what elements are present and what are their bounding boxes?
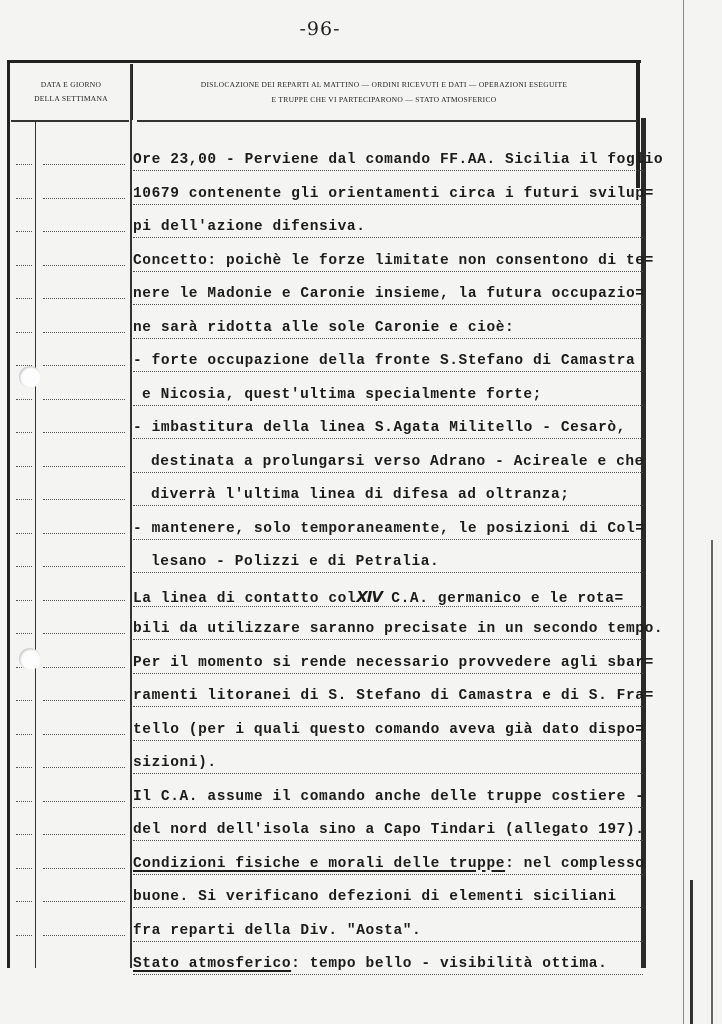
text-segment: Il C.A. assume il comando anche delle tr… xyxy=(133,789,645,805)
text-line: Stato atmosferico: tempo bello - visibil… xyxy=(133,950,673,984)
text-segment: diverrà l'ultima linea di difesa ad oltr… xyxy=(151,487,570,503)
dotted-rule xyxy=(133,539,643,540)
text-segment: pi dell'azione difensiva. xyxy=(133,219,366,235)
date-rule xyxy=(43,466,125,467)
date-rule xyxy=(43,700,125,701)
text-line: Condizioni fisiche e morali delle truppe… xyxy=(133,850,673,884)
dotted-rule xyxy=(133,505,643,506)
dotted-rule xyxy=(133,974,643,975)
date-rule xyxy=(16,767,32,768)
text-line: 10679 contenente gli orientamenti circa … xyxy=(133,180,673,214)
date-rule xyxy=(43,332,125,333)
text-line: diverrà l'ultima linea di difesa ad oltr… xyxy=(133,481,673,515)
text-line-content: nere le Madonie e Caronie insieme, la fu… xyxy=(133,286,645,302)
text-line: lesano - Polizzi e di Petralia. xyxy=(133,548,673,582)
date-rule xyxy=(43,265,125,266)
date-rule xyxy=(16,332,32,333)
date-rule xyxy=(16,298,32,299)
text-segment: tello (per i quali questo comando aveva … xyxy=(133,722,645,738)
dotted-rule xyxy=(133,941,643,942)
text-line-content: Condizioni fisiche e morali delle truppe… xyxy=(133,856,645,872)
dotted-rule xyxy=(133,271,643,272)
date-rule xyxy=(16,164,32,165)
date-subcolumn-divider xyxy=(35,122,36,968)
dotted-rule xyxy=(133,170,643,171)
text-line-content: fra reparti della Div. "Aosta". xyxy=(133,923,421,939)
text-segment: lesano - Polizzi e di Petralia. xyxy=(151,554,439,570)
dotted-rule xyxy=(133,840,643,841)
text-line: destinata a prolungarsi verso Adrano - A… xyxy=(133,448,673,482)
underlined-heading: Stato atmosferico xyxy=(133,956,291,972)
text-line-content: buone. Si verificano defezioni di elemen… xyxy=(133,889,617,905)
text-line-content: pi dell'azione difensiva. xyxy=(133,219,366,235)
date-rule xyxy=(16,432,32,433)
date-rule xyxy=(16,901,32,902)
dotted-rule xyxy=(133,639,643,640)
binding-line xyxy=(683,0,684,1024)
dotted-rule xyxy=(133,874,643,875)
binding-line xyxy=(690,880,693,1024)
text-line: e Nicosia, quest'ultima specialmente for… xyxy=(133,381,673,415)
dotted-rule xyxy=(133,606,643,607)
date-rule xyxy=(16,466,32,467)
binding-line xyxy=(711,540,713,1024)
journal-entry-text: Ore 23,00 - Perviene dal comando FF.AA. … xyxy=(133,146,673,984)
underlined-heading: Condizioni fisiche e morali delle truppe xyxy=(133,856,505,872)
date-rule xyxy=(43,566,125,567)
dotted-rule xyxy=(133,472,643,473)
dotted-rule xyxy=(133,405,643,406)
dotted-rule xyxy=(133,371,643,372)
text-segment: Concetto: poichè le forze limitate non c… xyxy=(133,253,654,269)
date-rule xyxy=(16,265,32,266)
page-number: -96- xyxy=(0,18,640,40)
text-line: Ore 23,00 - Perviene dal comando FF.AA. … xyxy=(133,146,673,180)
text-line-content: lesano - Polizzi e di Petralia. xyxy=(151,554,439,570)
header-operations-line-1: Dislocazione dei reparti al mattino — Or… xyxy=(201,77,567,92)
date-rule xyxy=(16,633,32,634)
dotted-rule xyxy=(133,237,643,238)
date-rule xyxy=(16,533,32,534)
date-rule xyxy=(43,734,125,735)
text-line-content: Concetto: poichè le forze limitate non c… xyxy=(133,253,654,269)
column-divider xyxy=(130,64,132,968)
text-line: nere le Madonie e Caronie insieme, la fu… xyxy=(133,280,673,314)
text-line-content: - forte occupazione della fronte S.Stefa… xyxy=(133,353,635,369)
text-line-content: ramenti litoranei di S. Stefano di Camas… xyxy=(133,688,654,704)
text-line: Concetto: poichè le forze limitate non c… xyxy=(133,247,673,281)
date-rule xyxy=(43,198,125,199)
header-divider-left xyxy=(11,120,129,122)
date-rule xyxy=(16,700,32,701)
text-line-content: Ore 23,00 - Perviene dal comando FF.AA. … xyxy=(133,152,663,168)
header-date-label: Data e giorno xyxy=(41,78,101,92)
text-line-content: Per il momento si rende necessario provv… xyxy=(133,655,654,671)
text-segment: - imbastitura della linea S.Agata Milite… xyxy=(133,420,626,436)
text-segment: bili da utilizzare saranno precisate in … xyxy=(133,621,663,637)
date-rule xyxy=(16,734,32,735)
text-line-content: diverrà l'ultima linea di difesa ad oltr… xyxy=(151,487,570,503)
text-line: - imbastitura della linea S.Agata Milite… xyxy=(133,414,673,448)
date-rule xyxy=(16,499,32,500)
date-rule xyxy=(43,365,125,366)
date-rule xyxy=(43,231,125,232)
text-line: bili da utilizzare saranno precisate in … xyxy=(133,615,673,649)
date-rule xyxy=(43,801,125,802)
text-segment: destinata a prolungarsi verso Adrano - A… xyxy=(151,454,644,470)
text-segment: 10679 contenente gli orientamenti circa … xyxy=(133,186,654,202)
dotted-rule xyxy=(133,740,643,741)
text-line-content: sizioni). xyxy=(133,755,217,771)
text-segment: : nel complesso xyxy=(505,856,645,872)
date-rule xyxy=(16,566,32,567)
frame-border-top xyxy=(7,60,641,63)
text-segment: : tempo bello - visibilità ottima. xyxy=(291,956,607,972)
date-rule xyxy=(16,231,32,232)
text-line-content: Il C.A. assume il comando anche delle tr… xyxy=(133,789,645,805)
dotted-rule xyxy=(133,706,643,707)
text-line: - forte occupazione della fronte S.Stefa… xyxy=(133,347,673,381)
text-line: Il C.A. assume il comando anche delle tr… xyxy=(133,783,673,817)
date-rule xyxy=(43,767,125,768)
text-line: tello (per i quali questo comando aveva … xyxy=(133,716,673,750)
text-line-content: Stato atmosferico: tempo bello - visibil… xyxy=(133,956,607,972)
text-line: ramenti litoranei di S. Stefano di Camas… xyxy=(133,682,673,716)
handwritten-annotation: XIV xyxy=(356,588,382,606)
frame-border-left xyxy=(7,60,10,968)
text-line-content: - mantenere, solo temporaneamente, le po… xyxy=(133,521,645,537)
text-line-content: ne sarà ridotta alle sole Caronie e cioè… xyxy=(133,320,514,336)
date-rule xyxy=(43,935,125,936)
date-rule xyxy=(16,868,32,869)
text-segment: - forte occupazione della fronte S.Stefa… xyxy=(133,353,635,369)
header-divider-right xyxy=(137,120,637,122)
dotted-rule xyxy=(133,304,643,305)
text-line: ne sarà ridotta alle sole Caronie e cioè… xyxy=(133,314,673,348)
date-rule xyxy=(43,432,125,433)
dotted-rule xyxy=(133,204,643,205)
header-weekday-label: della settimana xyxy=(34,92,108,106)
text-segment: e Nicosia, quest'ultima specialmente for… xyxy=(142,387,542,403)
text-line-content: bili da utilizzare saranno precisate in … xyxy=(133,621,663,637)
date-rule xyxy=(16,801,32,802)
punch-hole xyxy=(19,366,41,388)
dotted-rule xyxy=(133,673,643,674)
text-line: del nord dell'isola sino a Capo Tindari … xyxy=(133,816,673,850)
text-line-content: 10679 contenente gli orientamenti circa … xyxy=(133,186,654,202)
text-segment: nere le Madonie e Caronie insieme, la fu… xyxy=(133,286,645,302)
text-line: pi dell'azione difensiva. xyxy=(133,213,673,247)
text-segment: Per il momento si rende necessario provv… xyxy=(133,655,654,671)
text-segment: ramenti litoranei di S. Stefano di Camas… xyxy=(133,688,654,704)
date-rule xyxy=(43,499,125,500)
date-rule xyxy=(43,533,125,534)
date-rule xyxy=(43,298,125,299)
date-rule xyxy=(43,901,125,902)
text-segment: del nord dell'isola sino a Capo Tindari … xyxy=(133,822,645,838)
date-rule xyxy=(43,600,125,601)
text-line: La linea di contatto colXIV C.A. germani… xyxy=(133,582,673,616)
header-operations-column: Dislocazione dei reparti al mattino — Or… xyxy=(133,64,635,120)
text-line-content: del nord dell'isola sino a Capo Tindari … xyxy=(133,822,645,838)
text-segment: - mantenere, solo temporaneamente, le po… xyxy=(133,521,645,537)
text-segment: fra reparti della Div. "Aosta". xyxy=(133,923,421,939)
header-operations-line-2: e truppe che vi parteciparono — Stato at… xyxy=(271,92,496,107)
date-rule xyxy=(16,198,32,199)
text-segment: La linea di contatto col xyxy=(133,591,356,607)
text-line: fra reparti della Div. "Aosta". xyxy=(133,917,673,951)
date-rule xyxy=(16,935,32,936)
text-line: Per il momento si rende necessario provv… xyxy=(133,649,673,683)
dotted-rule xyxy=(133,572,643,573)
date-rule xyxy=(16,600,32,601)
date-rule xyxy=(43,633,125,634)
text-line: buone. Si verificano defezioni di elemen… xyxy=(133,883,673,917)
date-rule xyxy=(43,834,125,835)
date-rule xyxy=(43,164,125,165)
header-date-column: Data e giorno della settimana xyxy=(11,64,133,120)
text-segment: sizioni). xyxy=(133,755,217,771)
text-segment: ne sarà ridotta alle sole Caronie e cioè… xyxy=(133,320,514,336)
date-rule xyxy=(43,667,125,668)
date-rule xyxy=(16,834,32,835)
text-line: sizioni). xyxy=(133,749,673,783)
text-line-content: La linea di contatto colXIV C.A. germani… xyxy=(133,588,624,607)
date-rule xyxy=(43,399,125,400)
text-segment: buone. Si verificano defezioni di elemen… xyxy=(133,889,617,905)
date-rule xyxy=(43,868,125,869)
text-line-content: - imbastitura della linea S.Agata Milite… xyxy=(133,420,626,436)
text-line: - mantenere, solo temporaneamente, le po… xyxy=(133,515,673,549)
text-line-content: destinata a prolungarsi verso Adrano - A… xyxy=(151,454,644,470)
text-line-content: e Nicosia, quest'ultima specialmente for… xyxy=(142,387,542,403)
text-segment: C.A. germanico e le rota= xyxy=(382,591,624,607)
text-segment: Ore 23,00 - Perviene dal comando FF.AA. … xyxy=(133,152,663,168)
dotted-rule xyxy=(133,438,643,439)
text-line-content: tello (per i quali questo comando aveva … xyxy=(133,722,645,738)
dotted-rule xyxy=(133,807,643,808)
punch-hole xyxy=(19,648,41,670)
dotted-rule xyxy=(133,338,643,339)
dotted-rule xyxy=(133,773,643,774)
date-rule xyxy=(16,399,32,400)
dotted-rule xyxy=(133,907,643,908)
